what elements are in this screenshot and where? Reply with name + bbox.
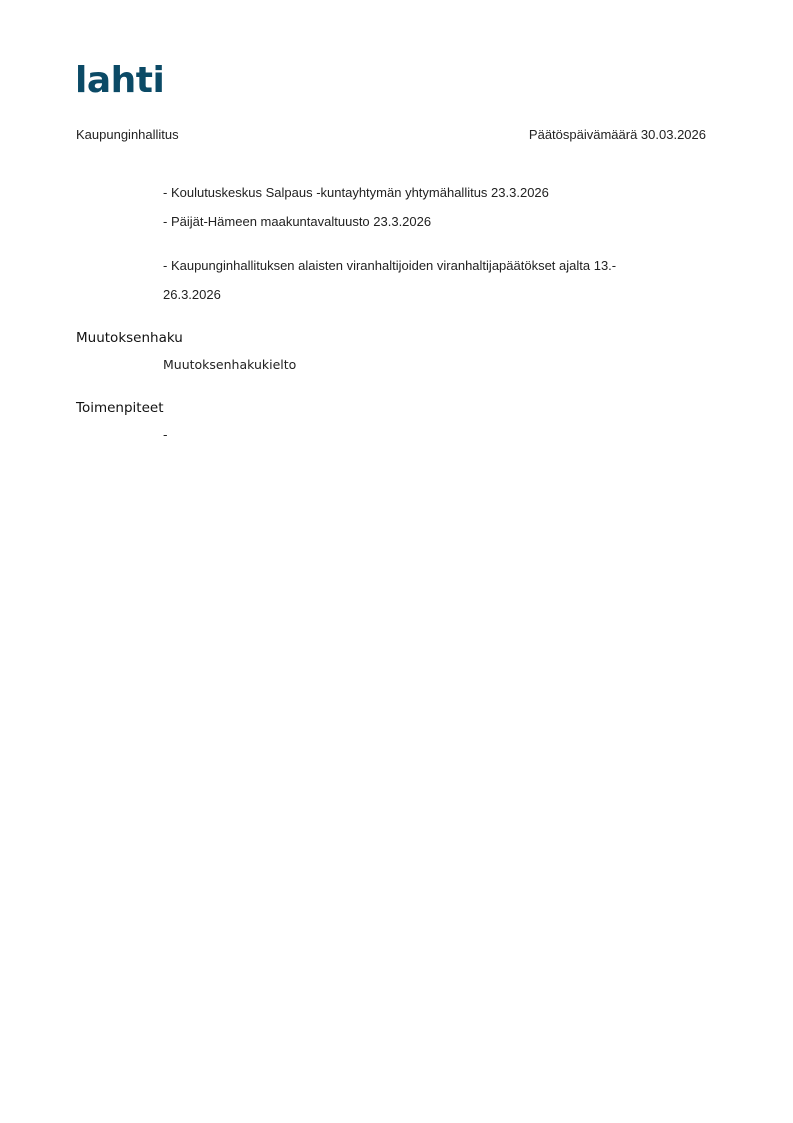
section-text-appeal: Muutoksenhakukielto <box>163 357 296 372</box>
list-item: - Kaupunginhallituksen alaisten viranhal… <box>163 258 616 273</box>
decision-body: Kaupunginhallitus <box>76 127 179 142</box>
lahti-logo: lahti <box>75 62 164 100</box>
section-heading-appeal: Muutoksenhaku <box>76 330 183 346</box>
list-item-continuation: 26.3.2026 <box>163 287 221 302</box>
decision-date: Päätöspäivämäärä 30.03.2026 <box>529 127 706 142</box>
section-heading-actions: Toimenpiteet <box>76 400 164 416</box>
list-item: - Päijät-Hämeen maakuntavaltuusto 23.3.2… <box>163 214 431 229</box>
list-item: - Koulutuskeskus Salpaus -kuntayhtymän y… <box>163 185 549 200</box>
section-text-actions: - <box>163 427 168 442</box>
